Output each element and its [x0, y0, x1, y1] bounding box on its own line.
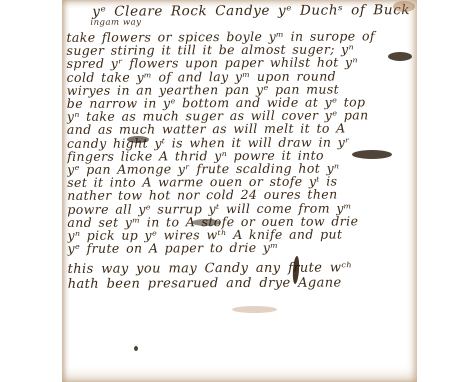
manuscript-page: yᵉ Cleare Rock Candye yᵉ Duchˢ of Buck i… — [62, 0, 417, 382]
paper-stain — [393, 1, 415, 12]
ink-dot — [134, 346, 138, 351]
paper-stain — [232, 306, 277, 313]
ink-blot — [127, 136, 149, 143]
manuscript-line: hath been presarued and drye Agane — [68, 276, 416, 293]
recipe-closing-note: this way you may Candy any frute wᶜʰ hat… — [68, 261, 416, 293]
manuscript-text: yᵉ Cleare Rock Candye yᵉ Duchˢ of Buck i… — [66, 2, 416, 292]
recipe-body: take flowers or spices boyle yᵐ in surop… — [66, 29, 415, 255]
manuscript-line: yᵉ frute on A paper to drie yᵐ — [67, 240, 415, 255]
ink-blot-strikethrough — [352, 150, 392, 159]
ink-blot — [192, 219, 220, 226]
ink-blot — [388, 52, 412, 61]
manuscript-photo: yᵉ Cleare Rock Candye yᵉ Duchˢ of Buck i… — [0, 0, 468, 382]
